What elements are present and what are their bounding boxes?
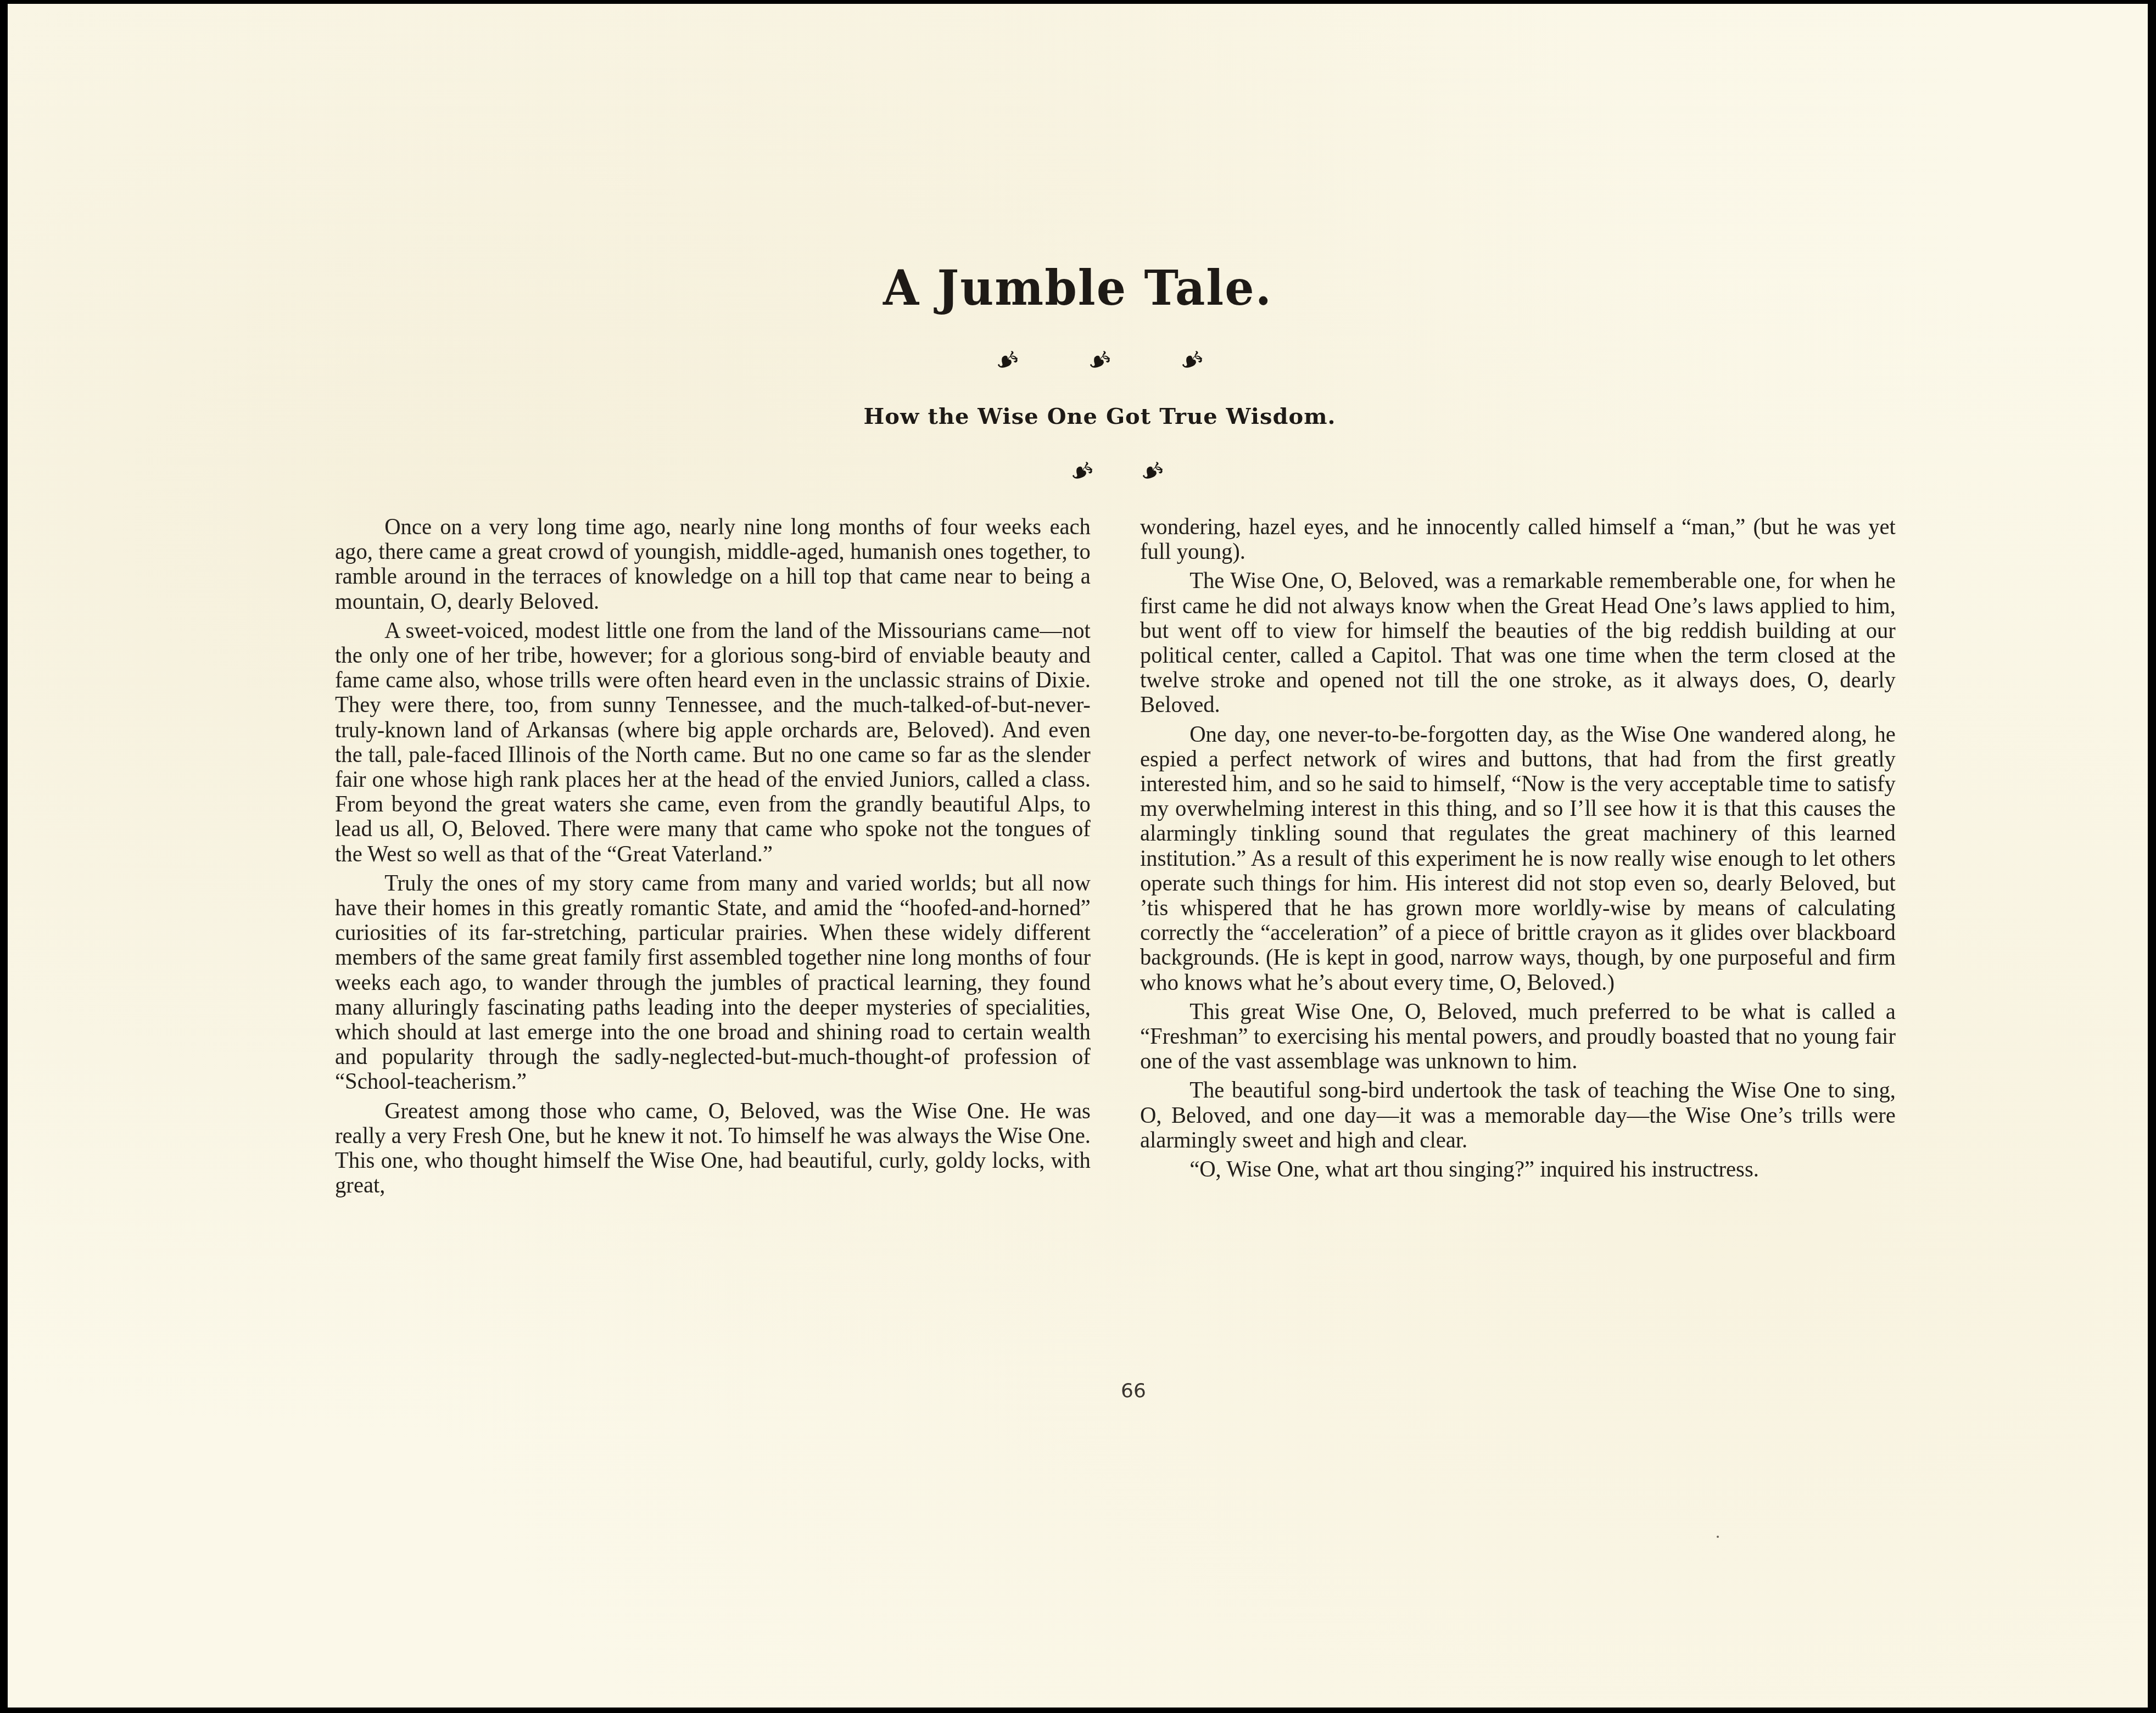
page-subtitle: How the Wise One Got True Wisdom. [8,404,2148,429]
paragraph: Greatest among those who came, O, Belove… [335,1099,1091,1198]
book-page: A Jumble Tale. ☙ ☙ ☙ How the Wise One Go… [8,4,2148,1708]
paragraph-continuation: wondering, hazel eyes, and he innocently… [1140,514,1896,564]
fleuron-icon: ☙ [1064,451,1101,492]
paragraph: “O, Wise One, what art thou singing?” in… [1140,1157,1896,1182]
paragraph: This great Wise One, O, Beloved, much pr… [1140,999,1896,1074]
fleuron-icon: ☙ [1134,451,1171,492]
ornament-row-bottom: ☙ ☙ [47,455,2156,488]
page-number: 66 [1111,1380,1155,1402]
fleuron-icon: ☙ [1173,340,1210,381]
paper-speck [1717,1536,1719,1538]
paragraph: A sweet-voiced, modest little one from t… [335,618,1091,866]
fleuron-icon: ☙ [1081,340,1119,381]
paragraph: The beautiful song-bird undertook the ta… [1140,1078,1896,1152]
ornament-row-top: ☙ ☙ ☙ [30,344,2156,377]
text-column-left: Once on a very long time ago, nearly nin… [335,514,1106,1202]
text-column-right: wondering, hazel eyes, and he innocently… [1140,514,1911,1186]
paragraph: Once on a very long time ago, nearly nin… [335,514,1091,614]
fleuron-icon: ☙ [989,340,1026,381]
paragraph: One day, one never-to-be-forgotten day, … [1140,722,1896,995]
page-title: A Jumble Tale. [8,260,2148,317]
paragraph: Truly the ones of my story came from man… [335,871,1091,1094]
paragraph: The Wise One, O, Beloved, was a remarkab… [1140,568,1896,717]
